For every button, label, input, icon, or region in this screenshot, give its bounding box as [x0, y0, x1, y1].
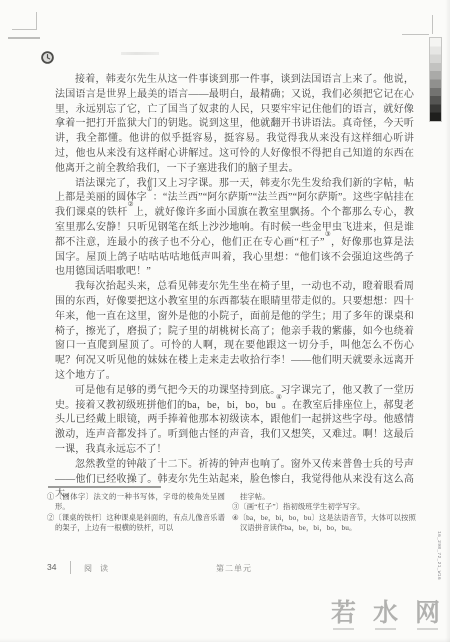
scan-artifact — [121, 52, 159, 55]
registration-mark-icon — [402, 34, 429, 35]
footnotes-left: ①〔圆体字〕法文的一种书写体，字母的棱角处呈圆形。②〔课桌的铁杆〕这种课桌是斜面… — [47, 492, 225, 533]
paragraph-text: 我每次抬起头来，总看见韩麦尔先生坐在椅子里，一动也不动，瞪着眼看周围的东西，好像… — [55, 281, 414, 381]
page-edge-shadow-bottom — [0, 638, 450, 642]
registration-mark-icon — [12, 29, 36, 30]
footnote-item: 挂字帖。 — [232, 492, 416, 502]
paragraph: 接着，韩麦尔先生从这一件事谈到那一件事，谈到法国语言上来了。他说，法国语言是世界… — [55, 73, 414, 177]
footer-unit-label: 第二单元 — [216, 563, 252, 574]
paragraph: 我每次抬起头来，总看见韩麦尔先生坐在椅子里，一动也不动，瞪着眼看周围的东西，好像… — [55, 280, 414, 384]
footnote-item: ④〔ba，be，bi，bo，bu〕这是法语音节，大体可以按照汉语拼音读作ba，b… — [232, 513, 416, 534]
footnote-item: ②〔课桌的铁杆〕这种课桌是斜面的，有点儿像音乐谱的架子，上边有一根横的铁杆，可以 — [47, 513, 225, 534]
footnotes-right: 挂字帖。③〔画“杠子”〕指初级班学生初学写字。④〔ba，be，bi，bo，bu〕… — [232, 492, 416, 533]
footnote-item: ③〔画“杠子”〕指初级班学生初学写字。 — [232, 502, 416, 512]
footnote-reference: ① — [147, 186, 153, 193]
clock-badge-icon — [41, 51, 54, 64]
registration-mark-icon — [8, 37, 40, 39]
print-production-code: 16_298_72_21_W16 — [436, 531, 441, 580]
registration-mark-icon — [432, 15, 433, 34]
page-number: 34 — [47, 562, 56, 572]
footer-divider — [70, 561, 71, 574]
scanned-textbook-page: 接着，韩麦尔先生从这一件事谈到那一件事，谈到法国语言上来了。他说，法国语言是世界… — [0, 0, 450, 642]
footnote-reference: ④ — [276, 394, 282, 401]
registration-mark-icon — [36, 12, 37, 30]
watermark-char: 若 — [331, 600, 356, 630]
article-body: 接着，韩麦尔先生从这一件事谈到那一件事，谈到法国语言上来了。他说，法国语言是世界… — [55, 73, 414, 502]
footnotes: ①〔圆体字〕法文的一种书写体，字母的棱角处呈圆形。②〔课桌的铁杆〕这种课桌是斜面… — [47, 492, 416, 533]
watermark-char: 水 — [373, 600, 398, 630]
watermark-char: 网 — [415, 600, 440, 630]
page-edge-shadow-right — [445, 0, 450, 642]
grayscale-calibration-strip-icon — [429, 37, 442, 122]
footnote-divider — [48, 486, 161, 488]
footnote-reference: ② — [128, 201, 134, 208]
paragraph: 可是他有足够的勇气把今天的功课坚持到底。习字课完了，他又教了一堂历史。接着又教初… — [55, 384, 414, 458]
watermark: 若水网 — [331, 600, 440, 630]
paragraph: 语法课完了，我们又上习字课。那一天，韩麦尔先生发给我们新的字帖，帖上都是美丽的圆… — [55, 177, 414, 281]
footnote-item: ①〔圆体字〕法文的一种书写体，字母的棱角处呈圆形。 — [47, 492, 225, 513]
paragraph-text: 接着，韩麦尔先生从这一件事谈到那一件事，谈到法国语言上来了。他说，法国语言是世界… — [55, 74, 414, 174]
footer-section-label: 阅 读 — [84, 563, 111, 574]
footnote-reference: ③ — [325, 231, 331, 238]
